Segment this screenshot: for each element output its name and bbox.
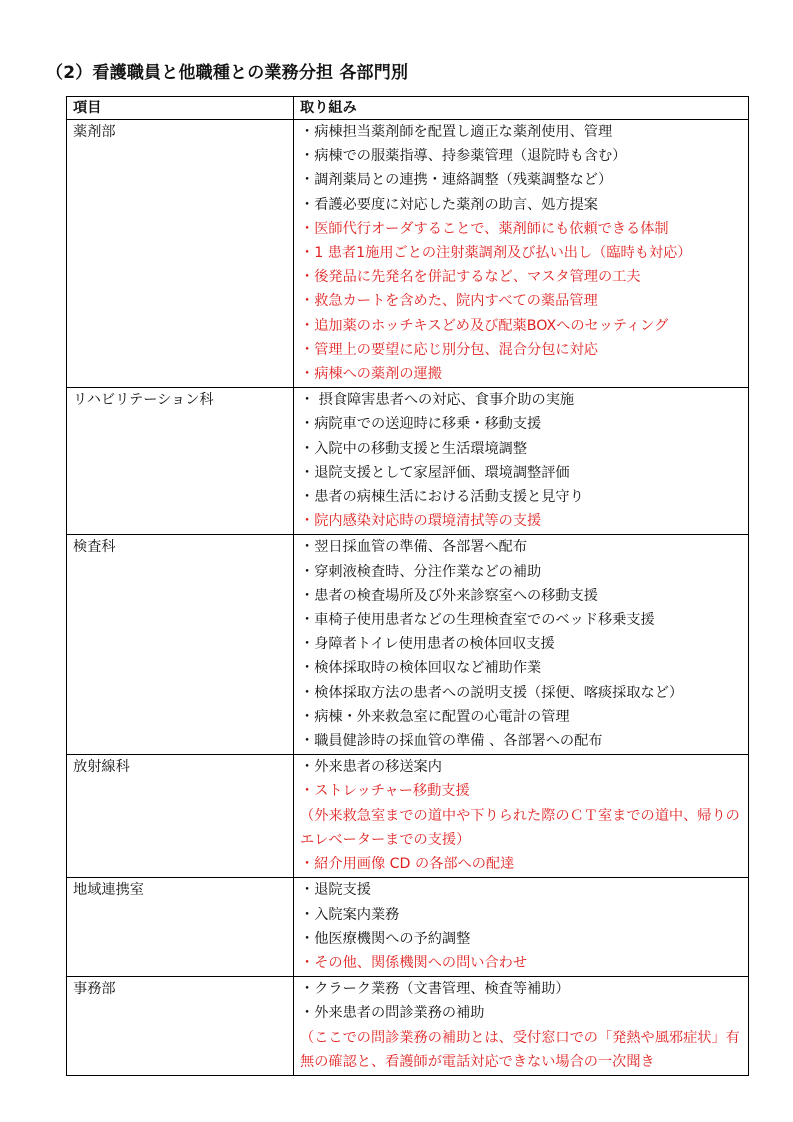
initiative-item: ・救急カートを含めた、院内すべての薬品管理 (300, 289, 742, 313)
initiative-item: ・退院支援として家屋評価、環境調整評価 (300, 461, 742, 485)
initiative-item: ・調剤薬局との連携・連絡調整（残薬調整など） (300, 168, 742, 192)
initiative-item: ・ 摂食障害患者への対応、食事介助の実施 (300, 388, 742, 412)
initiative-item: ・患者の病棟生活における活動支援と見守り (300, 485, 742, 509)
table-row: 放射線科 ・外来患者の移送案内・ストレッチャー移動支援（外来救急室までの道中や下… (67, 755, 749, 878)
table-row: 地域連携室 ・退院支援・入院案内業務・他医療機関への予約調整・その他、関係機関へ… (67, 878, 749, 977)
department-cell: 薬剤部 (67, 120, 294, 388)
initiative-item: ・病棟での服薬指導、持参薬管理（退院時も含む） (300, 144, 742, 168)
table-row: 事務部 ・クラーク業務（文書管理、検査等補助）・外来患者の問診業務の補助（ここで… (67, 977, 749, 1076)
initiative-item: ・検体採取時の検体回収など補助作業 (300, 656, 742, 680)
initiative-item: （ここでの問診業務の補助とは、受付窓口での「発熱や風邪症状」有無の確認と、看護師… (300, 1026, 742, 1074)
initiative-item: ・検体採取方法の患者への説明支援（採便、喀痰採取など） (300, 681, 742, 705)
task-sharing-table: 項目 取り組み 薬剤部 ・病棟担当薬剤師を配置し適正な薬剤使用、管理・病棟での服… (66, 96, 749, 1076)
initiatives-cell: ・翌日採血管の準備、各部署へ配布・穿刺液検査時、分注作業などの補助・患者の検査場… (294, 535, 749, 755)
initiative-item: ・紹介用画像 CD の各部への配達 (300, 852, 742, 876)
initiative-item: ・病棟担当薬剤師を配置し適正な薬剤使用、管理 (300, 120, 742, 144)
initiative-item: ・後発品に先発名を併記するなど、マスタ管理の工夫 (300, 265, 742, 289)
initiative-item: ・翌日採血管の準備、各部署へ配布 (300, 535, 742, 559)
table-row: 検査科 ・翌日採血管の準備、各部署へ配布・穿刺液検査時、分注作業などの補助・患者… (67, 535, 749, 755)
initiative-item: ・車椅子使用患者などの生理検査室でのベッド移乗支援 (300, 608, 742, 632)
initiatives-cell: ・ 摂食障害患者への対応、食事介助の実施・病院車での送迎時に移乗・移動支援・入院… (294, 388, 749, 535)
initiative-item: ・病院車での送迎時に移乗・移動支援 (300, 412, 742, 436)
department-cell: 放射線科 (67, 755, 294, 878)
initiative-item: ・病棟・外来救急室に配置の心電計の管理 (300, 705, 742, 729)
initiative-item: ・管理上の要望に応じ別分包、混合分包に対応 (300, 338, 742, 362)
initiative-item: ・入院案内業務 (300, 903, 742, 927)
department-cell: 事務部 (67, 977, 294, 1076)
initiative-item: ・退院支援 (300, 878, 742, 902)
section-title: （2）看護職員と他職種との業務分担 各部門別 (46, 58, 408, 83)
initiative-item: ・身障者トイレ使用患者の検体回収支援 (300, 632, 742, 656)
initiative-item: ・外来患者の問診業務の補助 (300, 1001, 742, 1025)
initiatives-cell: ・外来患者の移送案内・ストレッチャー移動支援（外来救急室までの道中や下りられた際… (294, 755, 749, 878)
header-initiatives: 取り組み (294, 97, 749, 120)
initiative-item: （外来救急室までの道中や下りられた際のＣＴ室までの道中、帰りのエレベーターまでの… (300, 804, 742, 852)
initiative-item: ・患者の検査場所及び外来診察室への移動支援 (300, 584, 742, 608)
initiative-item: ・医師代行オーダすることで、薬剤師にも依頼できる体制 (300, 217, 742, 241)
initiatives-cell: ・退院支援・入院案内業務・他医療機関への予約調整・その他、関係機関への問い合わせ (294, 878, 749, 977)
initiative-item: ・クラーク業務（文書管理、検査等補助） (300, 977, 742, 1001)
department-cell: 地域連携室 (67, 878, 294, 977)
initiatives-cell: ・クラーク業務（文書管理、検査等補助）・外来患者の問診業務の補助（ここでの問診業… (294, 977, 749, 1076)
initiatives-cell: ・病棟担当薬剤師を配置し適正な薬剤使用、管理・病棟での服薬指導、持参薬管理（退院… (294, 120, 749, 388)
initiative-item: ・その他、関係機関への問い合わせ (300, 951, 742, 975)
initiative-item: ・病棟への薬剤の運搬 (300, 362, 742, 386)
department-cell: リハビリテーション科 (67, 388, 294, 535)
department-cell: 検査科 (67, 535, 294, 755)
table-row: 薬剤部 ・病棟担当薬剤師を配置し適正な薬剤使用、管理・病棟での服薬指導、持参薬管… (67, 120, 749, 388)
initiative-item: ・外来患者の移送案内 (300, 755, 742, 779)
initiative-item: ・看護必要度に対応した薬剤の助言、処方提案 (300, 193, 742, 217)
table-body: 薬剤部 ・病棟担当薬剤師を配置し適正な薬剤使用、管理・病棟での服薬指導、持参薬管… (67, 120, 749, 1076)
initiative-item: ・追加薬のホッチキスどめ及び配薬BOXへのセッティング (300, 314, 742, 338)
initiative-item: ・穿刺液検査時、分注作業などの補助 (300, 560, 742, 584)
initiative-item: ・職員健診時の採血管の準備 、各部署への配布 (300, 729, 742, 753)
initiative-item: ・1 患者1施用ごとの注射薬調剤及び払い出し（臨時も対応） (300, 241, 742, 265)
initiative-item: ・ストレッチャー移動支援 (300, 779, 742, 803)
table-row: リハビリテーション科 ・ 摂食障害患者への対応、食事介助の実施・病院車での送迎時… (67, 388, 749, 535)
header-department: 項目 (67, 97, 294, 120)
initiative-item: ・院内感染対応時の環境清拭等の支援 (300, 509, 742, 533)
table-header-row: 項目 取り組み (67, 97, 749, 120)
initiative-item: ・入院中の移動支援と生活環境調整 (300, 437, 742, 461)
initiative-item: ・他医療機関への予約調整 (300, 927, 742, 951)
